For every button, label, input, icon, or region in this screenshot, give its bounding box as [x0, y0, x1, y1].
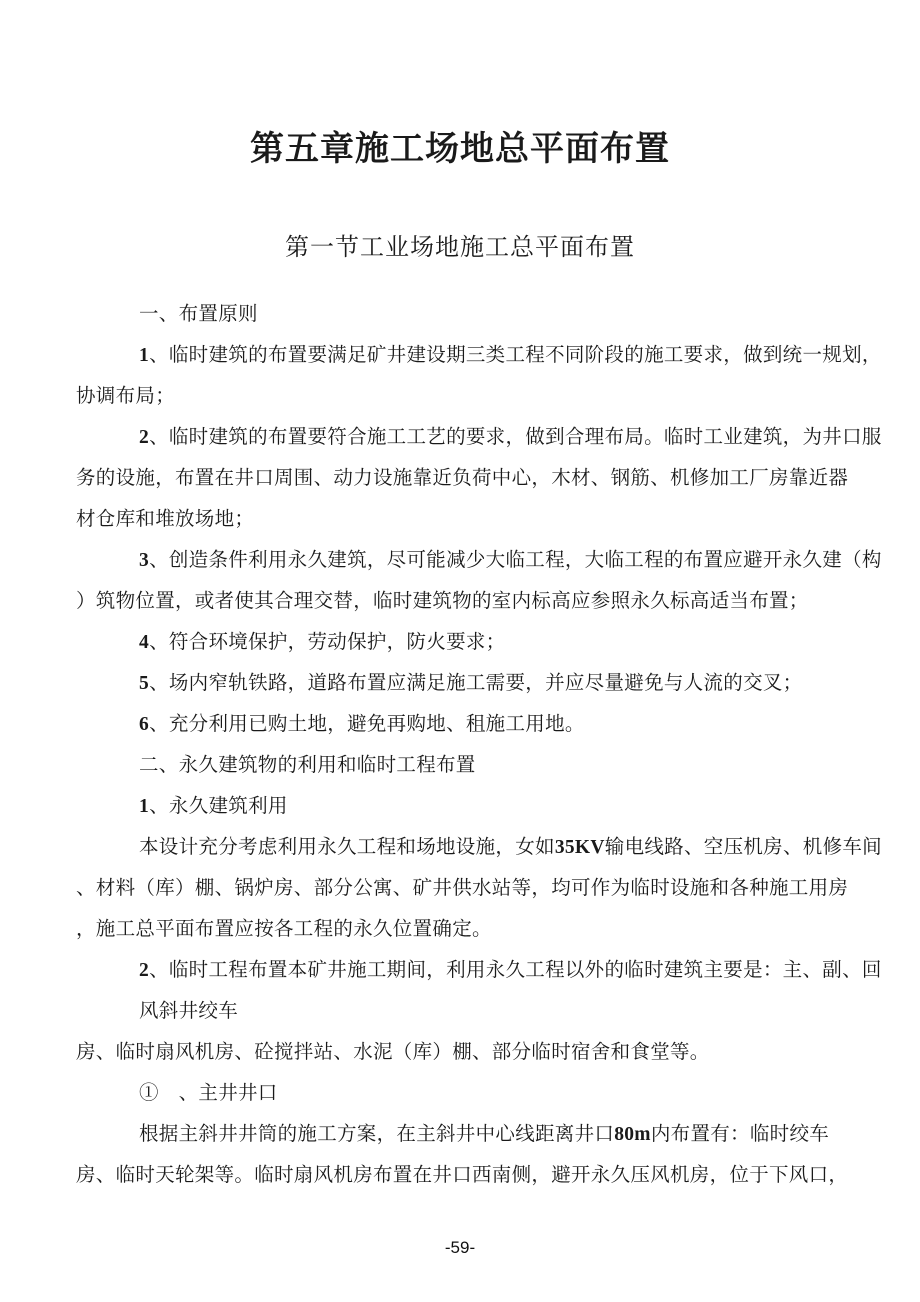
document-body: 一、布置原则 1、临时建筑的布置要满足矿井建设期三类工程不同阶段的施工要求，做到…: [76, 294, 846, 1196]
document-page: 第五章施工场地总平面布置 第一节工业场地施工总平面布置 一、布置原则 1、临时建…: [0, 0, 920, 1302]
text-line: 2、临时工程布置本矿井施工期间，利用永久工程以外的临时建筑主要是：主、副、回: [76, 950, 846, 991]
text-line: 本设计充分考虑利用永久工程和场地设施，女如35KV输电线路、空压机房、机修车间: [76, 827, 846, 868]
text-line: 房、临时扇风机房、砼搅拌站、水泥（库）棚、部分临时宿舍和食堂等。: [76, 1032, 846, 1073]
text-line: 材仓库和堆放场地；: [76, 499, 846, 540]
text-line: 务的设施，布置在井口周围、动力设施靠近负荷中心，木材、钢筋、机修加工厂房靠近器: [76, 458, 846, 499]
text-line: 1、临时建筑的布置要满足矿井建设期三类工程不同阶段的施工要求，做到统一规划，: [76, 335, 846, 376]
text-line: 根据主斜井井筒的施工方案，在主斜井中心线距离井口80m内布置有：临时绞车: [76, 1114, 846, 1155]
text-line: 6、充分利用已购土地，避免再购地、租施工用地。: [76, 704, 846, 745]
text-line: 、材料（库）棚、锅炉房、部分公寓、矿井供水站等，均可作为临时设施和各种施工用房: [76, 868, 846, 909]
text-line: 一、布置原则: [76, 294, 846, 335]
text-line: ）筑物位置，或者使其合理交替，临时建筑物的室内标高应参照永久标高适当布置；: [76, 581, 846, 622]
text-line: 1、永久建筑利用: [76, 786, 846, 827]
text-line: 5、场内窄轨铁路，道路布置应满足施工需要，并应尽量避免与人流的交叉；: [76, 663, 846, 704]
section-title: 第一节工业场地施工总平面布置: [0, 227, 920, 262]
text-line: 风斜井绞车: [76, 991, 846, 1032]
text-line: 房、临时天轮架等。临时扇风机房布置在井口西南侧，避开永久压风机房，位于下风口，: [76, 1155, 846, 1196]
text-line: 4、符合环境保护，劳动保护，防火要求；: [76, 622, 846, 663]
page-number: -59-: [0, 1238, 920, 1258]
text-line: 3、创造条件利用永久建筑，尽可能减少大临工程，大临工程的布置应避开永久建（构: [76, 540, 846, 581]
text-line: 协调布局；: [76, 376, 846, 417]
chapter-title: 第五章施工场地总平面布置: [0, 121, 920, 170]
text-line: ① 、主井井口: [76, 1073, 846, 1114]
text-line: 2、临时建筑的布置要符合施工工艺的要求，做到合理布局。临时工业建筑，为井口服: [76, 417, 846, 458]
text-line: ，施工总平面布置应按各工程的永久位置确定。: [76, 909, 846, 950]
text-line: 二、永久建筑物的利用和临时工程布置: [76, 745, 846, 786]
